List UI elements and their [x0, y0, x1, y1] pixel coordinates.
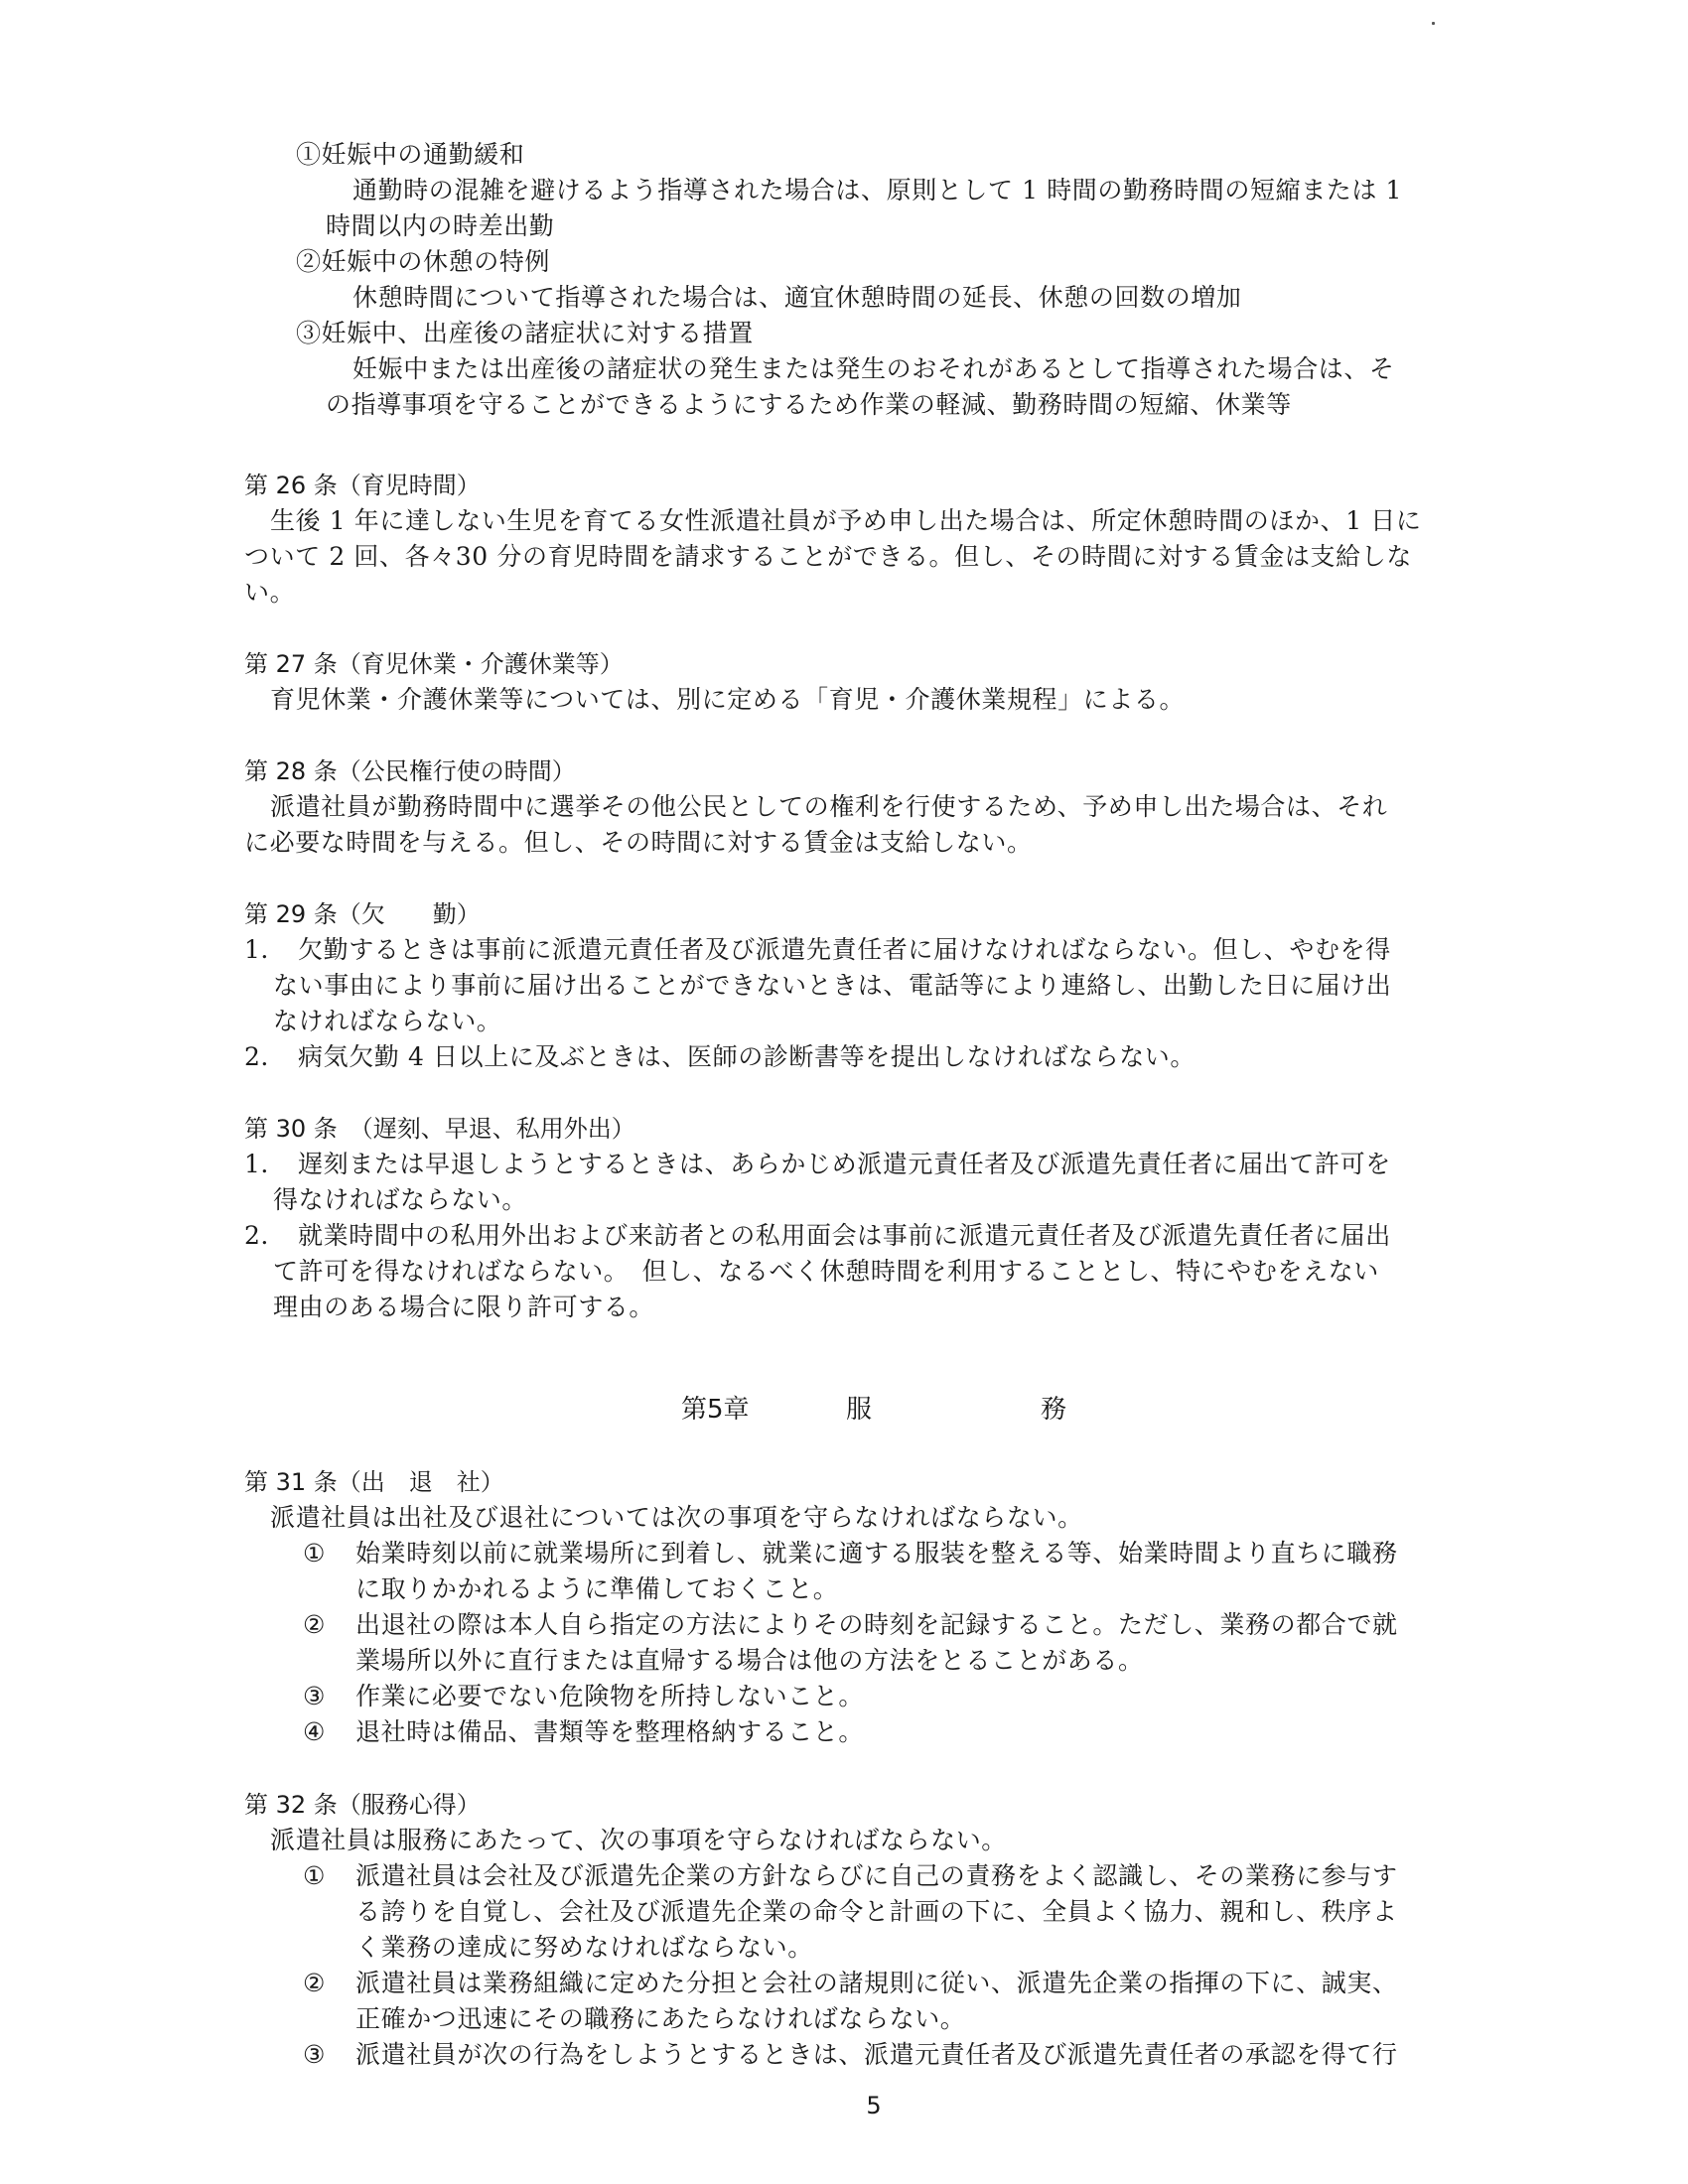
- item-text: 理由のある場合に限り許可する。: [273, 1293, 654, 1322]
- item-text: 作業に必要でない危険物を所持しないこと。: [355, 1682, 864, 1711]
- item-text: 通勤時の混雑を避けるよう指導された場合は、原則として 1 時間の勤務時間の短縮ま…: [352, 176, 1402, 205]
- item-text: る誇りを自覚し、会社及び派遣先企業の命令と計画の下に、全員よく協力、親和し、秩序…: [355, 1897, 1398, 1927]
- article-text: い。: [244, 578, 295, 608]
- article-title: 第 31 条（出 退 社）: [244, 1467, 504, 1497]
- item-text: 派遣社員が次の行為をしようとするときは、派遣元責任者及び派遣先責任者の承認を得て…: [355, 2040, 1398, 2070]
- item-text: 就業時間中の私用外出および来訪者との私用面会は事前に派遣元責任者及び派遣先責任者…: [298, 1221, 1391, 1251]
- item-heading: ③妊娠中、出産後の諸症状に対する措置: [296, 319, 754, 348]
- item-text: 出退社の際は本人自ら指定の方法によりその時刻を記録すること。ただし、業務の都合で…: [355, 1610, 1398, 1640]
- chapter-title-char: 服: [846, 1395, 872, 1425]
- item-text: く業務の達成に努めなければならない。: [355, 1933, 813, 1963]
- article-title: 第 29 条（欠 勤）: [244, 899, 481, 929]
- article-title: 第 32 条（服務心得）: [244, 1790, 481, 1820]
- item-text: 退社時は備品、書類等を整理格納すること。: [355, 1717, 864, 1747]
- item-text: 正確かつ迅速にその職務にあたらなければならない。: [355, 2004, 965, 2034]
- chapter-number: 第5章: [681, 1395, 750, 1425]
- item-number: ③: [303, 2040, 326, 2070]
- document-page: ①妊娠中の通勤緩和 通勤時の混雑を避けるよう指導された場合は、原則として 1 時…: [0, 0, 1688, 2184]
- article-text: 生後 1 年に達しない生児を育てる女性派遣社員が予め申し出た場合は、所定休憩時間…: [270, 506, 1421, 536]
- item-text: の指導事項を守ることができるようにするため作業の軽減、勤務時間の短縮、休業等: [326, 390, 1292, 420]
- item-number: 2．: [244, 1221, 286, 1251]
- chapter-title-char: 務: [1041, 1395, 1066, 1425]
- article-intro: 派遣社員は出社及び退社については次の事項を守らなければならない。: [270, 1503, 1083, 1533]
- item-text: 派遣社員は会社及び派遣先企業の方針ならびに自己の責務をよく認識し、その業務に参与…: [355, 1861, 1398, 1891]
- item-number: ②: [303, 1610, 326, 1640]
- article-text: ついて 2 回、各々30 分の育児時間を請求することができる。但し、その時間に対…: [244, 542, 1412, 572]
- scan-speck: [1432, 22, 1435, 25]
- article-text: 育児休業・介護休業等については、別に定める「育児・介護休業規程」による。: [270, 685, 1185, 715]
- item-number: 1．: [244, 935, 286, 965]
- page-number: 5: [864, 2092, 884, 2119]
- item-number: ③: [303, 1682, 326, 1711]
- article-intro: 派遣社員は服務にあたって、次の事項を守らなければならない。: [270, 1826, 1007, 1855]
- item-text: 病気欠勤 4 日以上に及ぶときは、医師の診断書等を提出しなければならない。: [298, 1042, 1196, 1072]
- item-text: 欠勤するときは事前に派遣元責任者及び派遣先責任者に届けなければならない。但し、や…: [298, 935, 1391, 965]
- item-text: 休憩時間について指導された場合は、適宜休憩時間の延長、休憩の回数の増加: [352, 283, 1242, 313]
- article-title: 第 30 条 （遅刻、早退、私用外出）: [244, 1114, 635, 1144]
- item-text: なければならない。: [273, 1007, 501, 1036]
- article-text: 派遣社員が勤務時間中に選挙その他公民としての権利を行使するため、予め申し出た場合…: [270, 792, 1387, 822]
- item-number: 2．: [244, 1042, 286, 1072]
- item-text: 遅刻または早退しようとするときは、あらかじめ派遣元責任者及び派遣先責任者に届出て…: [298, 1150, 1391, 1179]
- item-text: 始業時刻以前に就業場所に到着し、就業に適する服装を整える等、始業時間より直ちに職…: [355, 1539, 1398, 1569]
- item-number: ①: [303, 1861, 326, 1891]
- item-number: 1．: [244, 1150, 286, 1179]
- item-number: ②: [303, 1969, 326, 1998]
- item-text: 時間以内の時差出勤: [326, 211, 554, 241]
- item-text: ない事由により事前に届け出ることができないときは、電話等により連絡し、出勤した日…: [273, 971, 1391, 1001]
- item-heading: ②妊娠中の休憩の特例: [296, 247, 550, 277]
- article-title: 第 28 条（公民権行使の時間）: [244, 756, 576, 786]
- item-text: 派遣社員は業務組織に定めた分担と会社の諸規則に従い、派遣先企業の指揮の下に、誠実…: [355, 1969, 1398, 1998]
- item-text: て許可を得なければならない。 但し、なるべく休憩時間を利用することとし、特にやむ…: [273, 1257, 1379, 1287]
- article-title: 第 27 条（育児休業・介護休業等）: [244, 649, 624, 679]
- item-text: 得なければならない。: [273, 1185, 527, 1215]
- item-text: 業場所以外に直行または直帰する場合は他の方法をとることがある。: [355, 1646, 1144, 1676]
- item-heading: ①妊娠中の通勤緩和: [296, 140, 524, 170]
- item-text: に取りかかれるように準備しておくこと。: [355, 1574, 838, 1604]
- article-text: に必要な時間を与える。但し、その時間に対する賃金は支給しない。: [244, 828, 1033, 858]
- item-text: 妊娠中または出産後の諸症状の発生または発生のおそれがあるとして指導された場合は、…: [352, 354, 1395, 384]
- item-number: ④: [303, 1717, 326, 1747]
- article-title: 第 26 条（育児時間）: [244, 471, 481, 500]
- item-number: ①: [303, 1539, 326, 1569]
